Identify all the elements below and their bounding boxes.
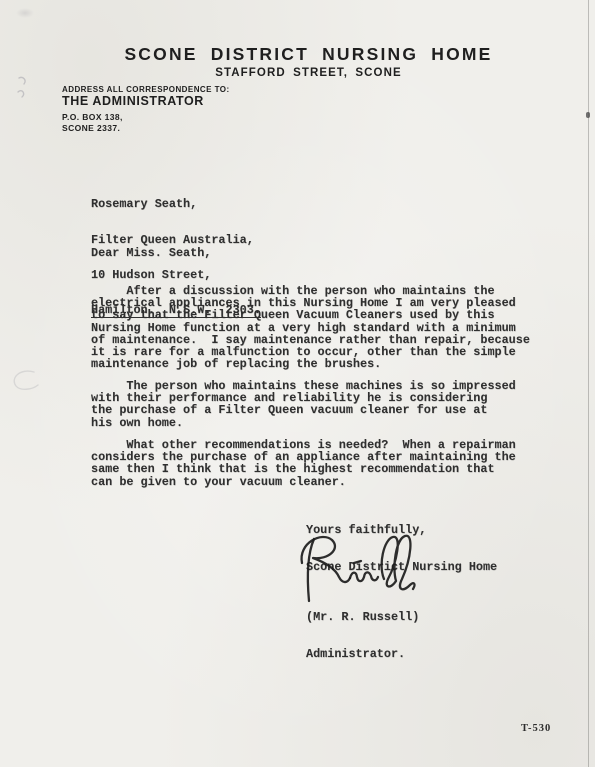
pencil-mark-icon — [15, 74, 37, 100]
salutation: Dear Miss. Seath, — [91, 247, 211, 259]
scanned-letter-page: SCONE DISTRICT NURSING HOME STAFFORD STR… — [0, 0, 595, 767]
recipient-name: Rosemary Seath, — [91, 199, 261, 211]
recipient-company: Filter Queen Australia, — [91, 235, 261, 247]
body-paragraph-1: After a discussion with the person who m… — [91, 285, 530, 370]
body-paragraph-2: The person who maintains these machines … — [91, 380, 516, 429]
po-box-line: P.O. BOX 138, — [62, 112, 123, 122]
correspondence-note: ADDRESS ALL CORRESPONDENCE TO: — [62, 85, 230, 94]
scan-smudge — [16, 8, 34, 18]
document-code: T-530 — [521, 723, 551, 734]
body-paragraph-3: What other recommendations is needed? Wh… — [91, 439, 516, 488]
signer-title: Administrator. — [306, 648, 419, 660]
scan-edge-dot — [586, 112, 590, 118]
recipient-street: 10 Hudson Street, — [91, 270, 261, 282]
administrator-line: THE ADMINISTRATOR — [62, 94, 204, 108]
pencil-curve-icon — [8, 366, 42, 396]
signer-block: (Mr. R. Russell) Administrator. — [306, 587, 419, 685]
letterhead-subtitle: STAFFORD STREET, SCONE — [11, 67, 595, 79]
letterhead-title: SCONE DISTRICT NURSING HOME — [11, 45, 595, 63]
town-line: SCONE 2337. — [62, 123, 120, 133]
signer-name: (Mr. R. Russell) — [306, 611, 419, 623]
